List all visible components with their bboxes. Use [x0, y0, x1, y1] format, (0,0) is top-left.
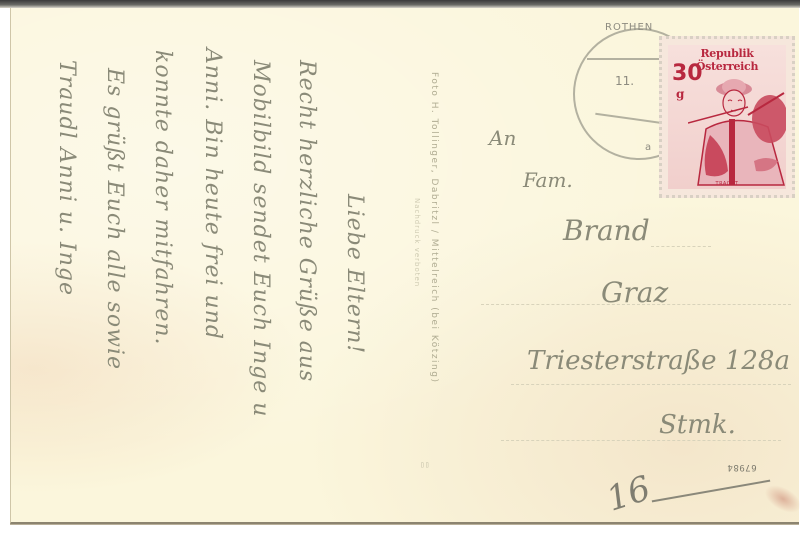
- stamp-portrait-icon: [688, 65, 786, 189]
- message-line: Anni. Bin heute frei und: [200, 48, 225, 340]
- postmark-date: 11.: [615, 74, 634, 88]
- message-line: Liebe Eltern!: [342, 194, 367, 354]
- scan-top-edge: [0, 0, 800, 8]
- address-prefix: An: [489, 126, 516, 150]
- address-region: Stmk.: [659, 410, 736, 440]
- message-line: Recht herzliche Grüße aus: [294, 60, 319, 382]
- address-rule: [651, 246, 711, 247]
- center-mark: ▯▯: [420, 460, 430, 469]
- message-line: Traudl Anni u. Inge: [54, 60, 79, 296]
- postmark-bar: [587, 58, 667, 60]
- message-line: Mobilbild sendet Euch Inge u: [248, 60, 273, 417]
- postage-stamp: Republik Österreich 30 g TRACHT: [659, 36, 795, 198]
- postcard-back: Liebe Eltern! Recht herzliche Grüße aus …: [10, 8, 799, 524]
- price-note: 16: [602, 468, 656, 519]
- address-name: Brand: [563, 214, 650, 247]
- address-rule: [481, 304, 791, 305]
- catalog-code: 67984: [727, 462, 757, 472]
- message-line: konnte daher mitfahren.: [150, 50, 175, 346]
- address-salutation: Fam.: [523, 168, 573, 192]
- publisher-note: Nachdruck verboten: [413, 198, 421, 287]
- postmark-code: a: [645, 142, 651, 153]
- address-rule: [501, 440, 781, 441]
- postmark-town: ROTHEN: [605, 22, 653, 33]
- address-street: Triesterstraße 128a: [527, 346, 790, 376]
- address-rule: [511, 384, 791, 385]
- price-underline: [652, 480, 771, 503]
- stamp-caption: TRACHT: [668, 181, 786, 187]
- stamp-unit: g: [676, 87, 684, 101]
- photo-credit: Foto H. Tollinger, Dabritzl / Mittelreic…: [429, 72, 439, 384]
- paper-stain: [760, 479, 800, 518]
- message-line: Es grüßt Euch alle sowie: [102, 68, 127, 370]
